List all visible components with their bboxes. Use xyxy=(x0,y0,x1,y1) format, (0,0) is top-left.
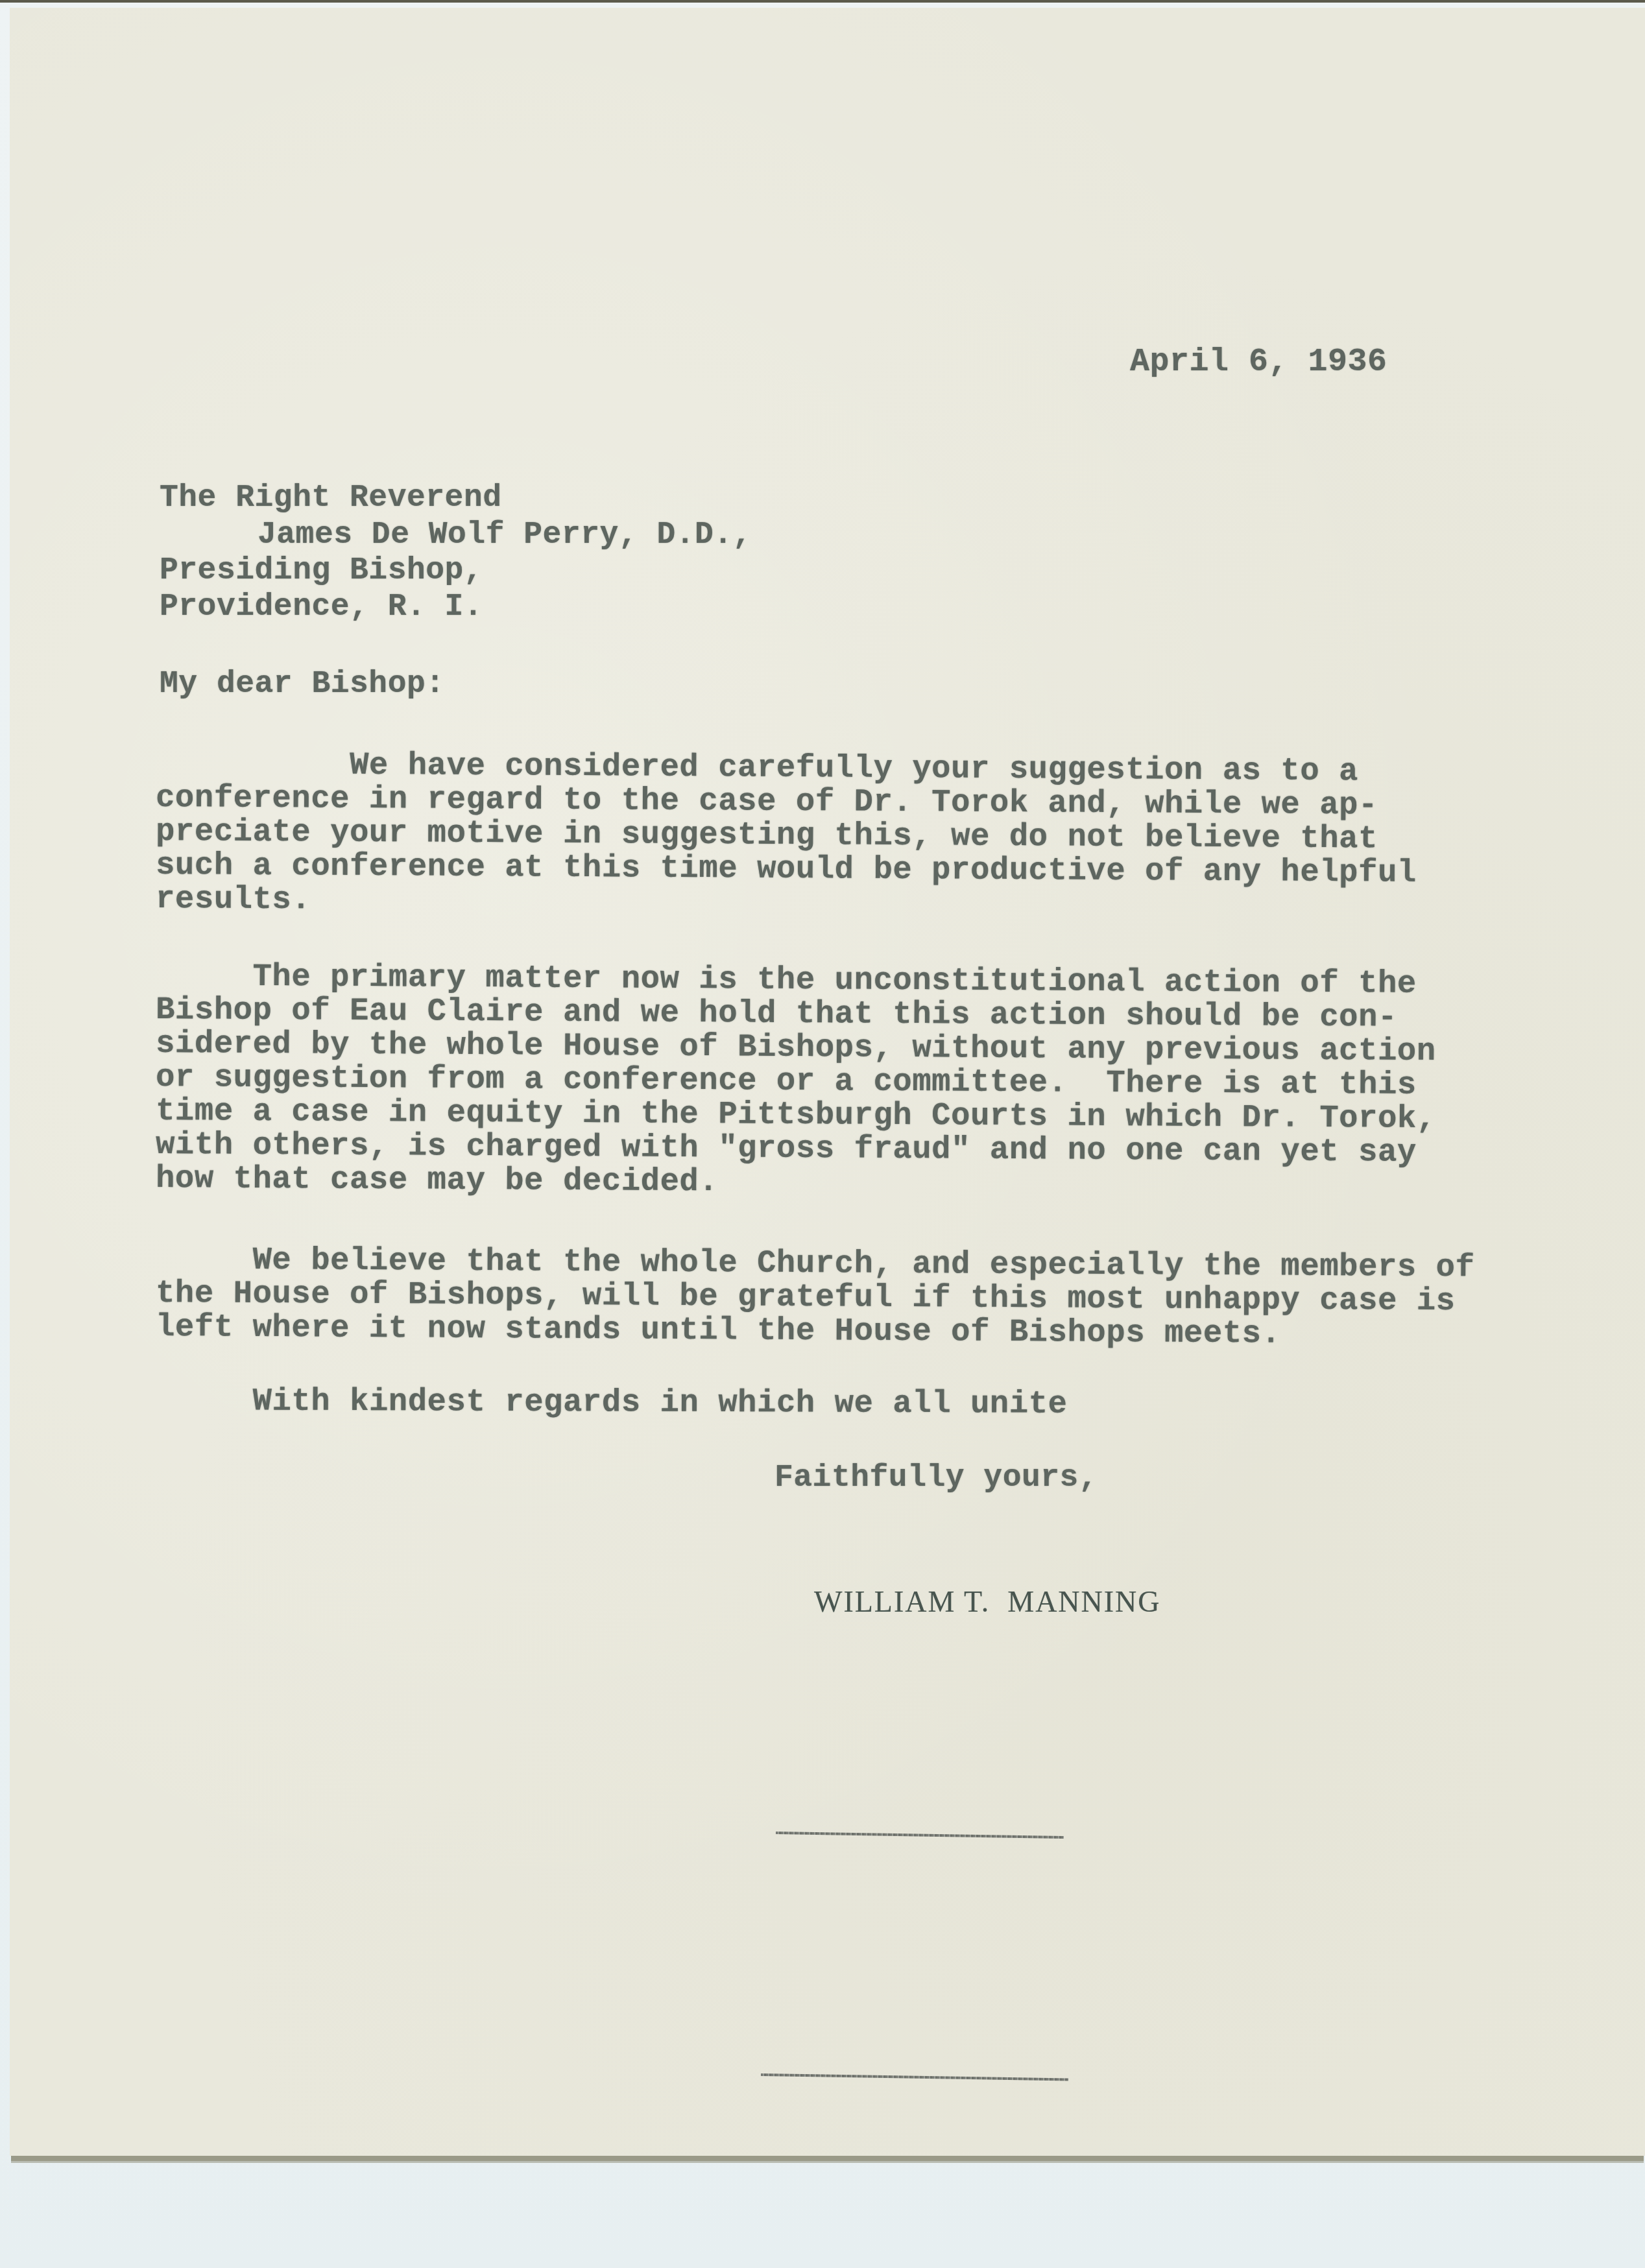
paragraph-3-line-3: left where it now stands until the House… xyxy=(156,1311,1281,1350)
recipient-position: Presiding Bishop, xyxy=(160,555,483,586)
regards-line: With kindest regards in which we all uni… xyxy=(156,1385,1068,1420)
recipient-location: Providence, R. I. xyxy=(160,591,483,623)
scanner-edge xyxy=(0,0,1645,3)
paragraph-1-line-4: such a conference at this time would be … xyxy=(156,850,1417,889)
recipient-name: James De Wolf Perry, D.D., xyxy=(258,519,752,551)
recipient-title: The Right Reverend xyxy=(160,483,501,514)
paragraph-1-line-5: results. xyxy=(156,883,311,916)
paragraph-2-line-7: how that case may be decided. xyxy=(156,1163,719,1198)
salutation: My dear Bishop: xyxy=(160,669,445,700)
signer-name: WILLIAM T. MANNING xyxy=(814,1587,1161,1617)
letter-date: April 6, 1936 xyxy=(1130,346,1387,379)
complimentary-close: Faithfully yours, xyxy=(774,1462,1098,1494)
